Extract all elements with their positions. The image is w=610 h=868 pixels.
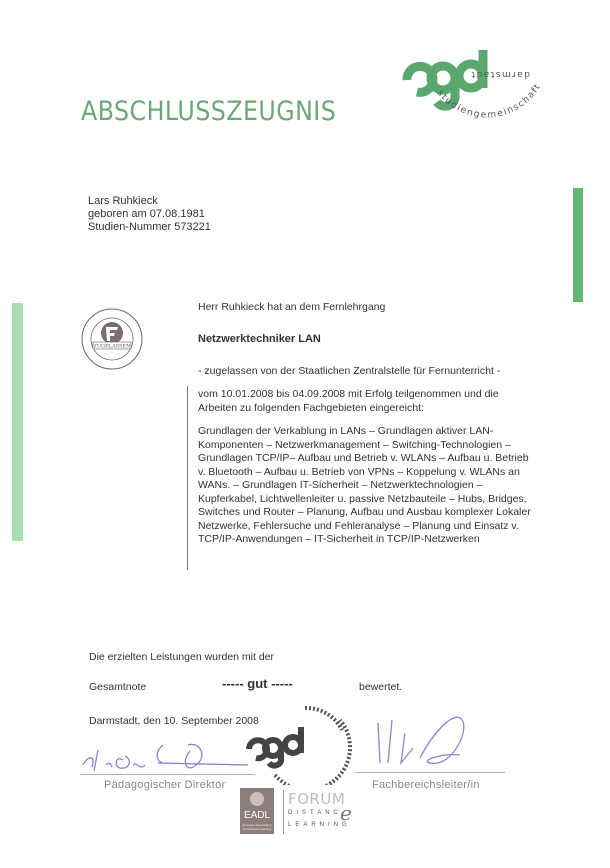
- grade-label: Gesamtnote: [89, 680, 146, 694]
- signature-label-director: Pädagogischer Direktor: [104, 779, 226, 791]
- sgd-logo: studiengemeinschaft darmstadt: [395, 10, 565, 125]
- recipient-name: Lars Ruhkieck: [88, 195, 211, 208]
- zfu-seal-icon: ZUGELASSEN: [80, 307, 144, 371]
- result-intro: Die erzielten Leistungen wurden mit der: [89, 650, 274, 664]
- course-name: Netzwerktechniker LAN: [198, 333, 321, 345]
- grade-suffix: bewertet.: [359, 680, 402, 694]
- period-text: vom 10.01.2008 bis 04.09.2008 mit Erfolg…: [198, 388, 538, 415]
- green-accent-bar-right: [573, 188, 583, 302]
- left-rule: [187, 386, 188, 570]
- grade-value: ----- gut -----: [222, 676, 293, 691]
- topics-text: Grundlagen der Verkablung in LANs – Grun…: [198, 425, 538, 547]
- signature-line-department-head: [355, 772, 505, 773]
- place-date: Darmstadt, den 10. September 2008: [89, 714, 259, 728]
- green-accent-bar-left: [12, 303, 23, 541]
- signature-line-director: [80, 774, 255, 775]
- svg-text:darmstadt: darmstadt: [470, 69, 530, 79]
- signature-label-department-head: Fachbereichsleiter/in: [372, 779, 480, 791]
- recipient-block: Lars Ruhkieck geboren am 07.08.1981 Stud…: [88, 195, 211, 234]
- recipient-birth: geboren am 07.08.1981: [88, 208, 211, 221]
- signature-department-head: [370, 708, 500, 773]
- approval-text: - zugelassen von der Staatlichen Zentral…: [198, 364, 500, 378]
- document-title: ABSCHLUSSZEUGNIS: [81, 96, 336, 127]
- intro-text: Herr Ruhkieck hat an dem Fernlehrgang: [198, 300, 385, 314]
- forum-distance-learning-logo: FORUM DISTANC e LEARNING: [283, 790, 354, 834]
- recipient-student-number: Studien-Nummer 573221: [88, 221, 211, 234]
- svg-text:ZUGELASSEN: ZUGELASSEN: [93, 344, 131, 350]
- eadl-logo: EADL European Association for Distance L…: [240, 788, 274, 834]
- sgd-stamp: [245, 705, 355, 785]
